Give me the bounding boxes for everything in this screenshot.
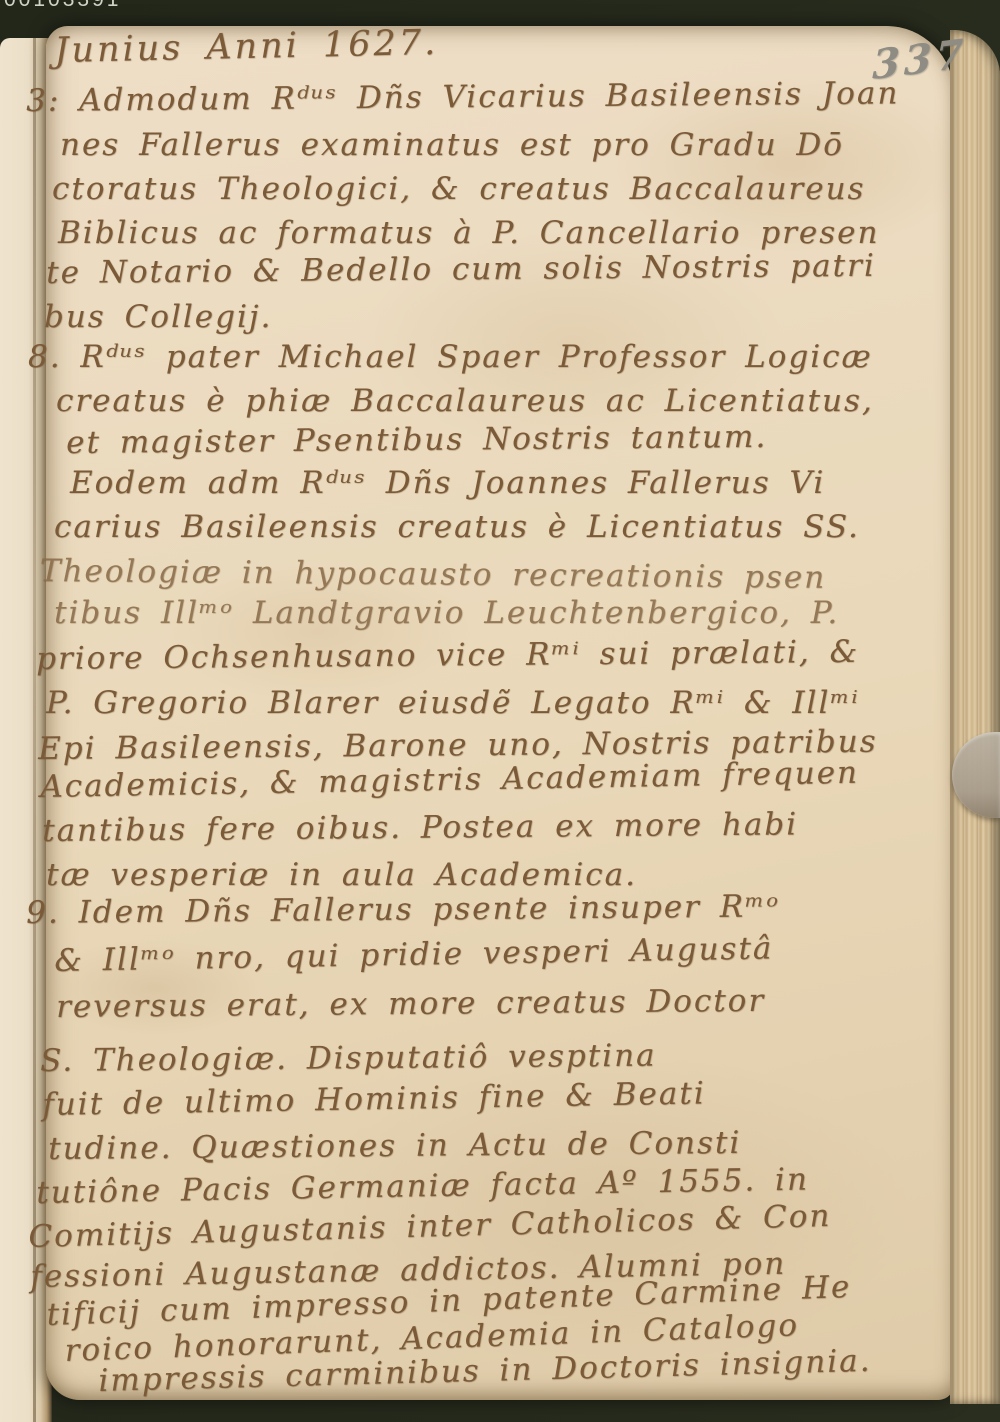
manuscript-line: tudine. Quæstiones in Actu de Consti bbox=[48, 1126, 741, 1166]
book-page-edges bbox=[950, 30, 1000, 1404]
manuscript-line: et magister Psentibus Nostris tantum. bbox=[66, 420, 767, 460]
manuscript-line: priore Ochsenhusano vice Rᵐⁱ sui prælati… bbox=[36, 635, 859, 676]
manuscript-line: 9. Idem Dñs Fallerus psente insuper Rᵐᵒ bbox=[26, 889, 780, 930]
manuscript-line: P. Gregorio Blarer eiusdẽ Legato Rᵐⁱ & I… bbox=[46, 686, 860, 720]
manuscript-line: nes Fallerus examinatus est pro Gradu Dō bbox=[60, 128, 844, 162]
manuscript-line: te Notario & Bedello cum solis Nostris p… bbox=[46, 249, 876, 290]
manuscript-scan: { "scan": { "id_label": "00103391", "pag… bbox=[0, 0, 1000, 1422]
manuscript-line: 8. Rᵈᵘˢ pater Michael Spaer Professor Lo… bbox=[28, 340, 873, 374]
manuscript-line: 3: Admodum Rᵈᵘˢ Dñs Vicarius Basileensis… bbox=[26, 76, 899, 118]
manuscript-line: reversus erat, ex more creatus Doctor bbox=[56, 984, 765, 1024]
binding-crease bbox=[33, 38, 36, 1422]
manuscript-line: Eodem adm Rᵈᵘˢ Dñs Joannes Fallerus Vi bbox=[70, 466, 825, 500]
manuscript-line: Theologiæ in hypocausto recreationis pse… bbox=[40, 554, 827, 595]
heading-line: Junius Anni 1627. bbox=[54, 24, 439, 71]
manuscript-line: Biblicus ac formatus à P. Cancellario pr… bbox=[58, 216, 879, 250]
manuscript-line: tantibus fere oibus. Postea ex more habi bbox=[42, 807, 798, 848]
manuscript-line: S. Theologiæ. Disputatiô vesptina bbox=[40, 1039, 657, 1078]
manuscript-line: carius Basileensis creatus è Licentiatus… bbox=[54, 510, 860, 544]
manuscript-line: creatus è phiæ Baccalaureus ac Licentiat… bbox=[56, 384, 874, 418]
manuscript-line: tæ vesperiæ in aula Academica. bbox=[46, 858, 637, 892]
scan-id-label: 00103391 bbox=[4, 0, 121, 10]
manuscript-line: ctoratus Theologici, & creatus Baccalaur… bbox=[52, 172, 865, 206]
manuscript-line: bus Collegij. bbox=[44, 300, 272, 334]
manuscript-line: tibus Illᵐᵒ Landtgravio Leuchtenbergico,… bbox=[54, 596, 839, 630]
